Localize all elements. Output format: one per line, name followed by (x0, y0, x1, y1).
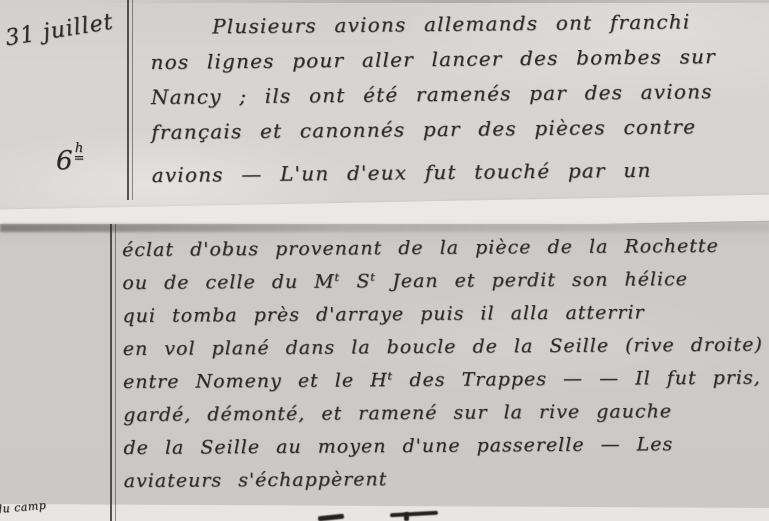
manuscript-line: gardé, démonté, et ramené sur la rive ga… (123, 394, 768, 432)
manuscript-line: en vol plané dans la boucle de la Seille… (123, 328, 768, 366)
manuscript-page: 31 juillet 6 h = Plusieurs avions allema… (0, 0, 769, 521)
entry-time: 6 h = (56, 148, 84, 174)
manuscript-line: qui tomba près d'arraye puis il alla att… (122, 295, 767, 333)
manuscript-line: éclat d'obus provenant de la pièce de la… (122, 229, 767, 267)
entry-text-top: Plusieurs avions allemands ont franchi n… (150, 4, 769, 193)
cutoff-stroke (404, 512, 409, 521)
margin-rule-top (127, 0, 133, 200)
margin-rule-bottom (110, 224, 116, 521)
entry-text-bottom: éclat d'obus provenant de la pièce de la… (122, 229, 769, 497)
manuscript-line: aviateurs s'échappèrent (124, 460, 769, 498)
manuscript-line: entre Nomeny et le Hᵗ des Trappes — — Il… (123, 361, 768, 399)
manuscript-line: ou de celle du Mᵗ Sᵗ Jean et perdit son … (122, 262, 767, 300)
manuscript-line: avions — L'un d'eux fut touché par un (152, 151, 769, 192)
manuscript-line: français et canonnés par des pièces cont… (151, 109, 769, 150)
entry-hour-mark: = (74, 154, 85, 164)
entry-hour-number: 6 (56, 148, 73, 174)
entry-hour-suffix: h = (74, 144, 85, 164)
manuscript-line: de la Seille au moyen d'une passerelle —… (123, 427, 768, 465)
